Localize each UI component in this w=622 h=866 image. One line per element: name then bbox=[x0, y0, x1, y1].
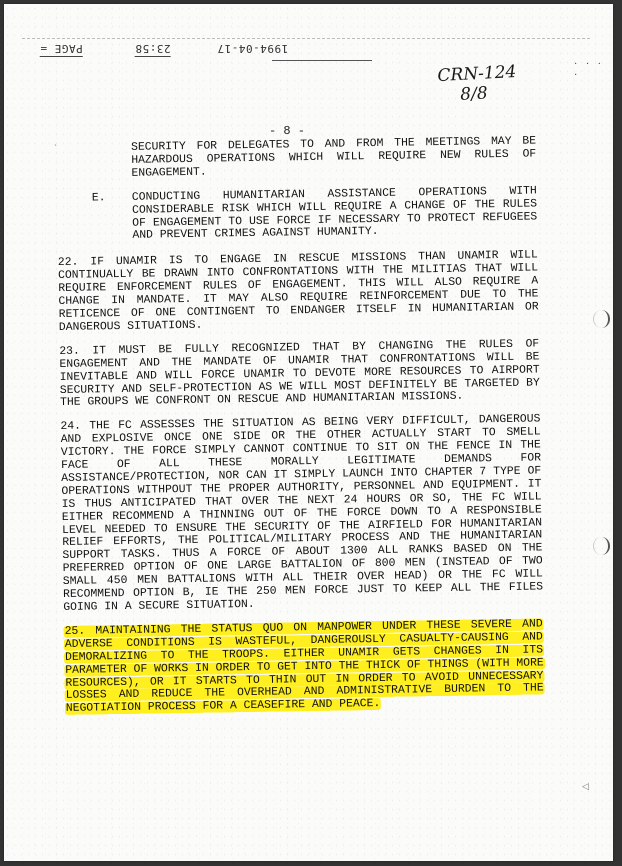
document-body: SECURITY FOR DELEGATES TO AND FROM THE M… bbox=[56, 135, 545, 727]
fax-date: 1994-04-17 bbox=[217, 42, 288, 55]
fax-page-label: PAGE = bbox=[40, 42, 83, 57]
document-viewer: PAGE = 23:58 1994-04-17 · · · · CRN-124 … bbox=[0, 0, 622, 866]
paragraph-23: 23. IT MUST BE FULLY RECOGNIZED THAT BY … bbox=[59, 338, 540, 410]
fax-date-underline bbox=[272, 60, 372, 61]
sub-item-label: E. bbox=[57, 192, 133, 245]
fax-header: PAGE = 23:58 1994-04-17 bbox=[22, 42, 602, 62]
handwritten-reference: CRN-124 8/8 bbox=[437, 62, 518, 106]
paragraph-24: 24. THE FC ASSESSES THE SITUATION AS BEI… bbox=[60, 414, 543, 615]
scan-specks: · · · · bbox=[574, 59, 613, 81]
document-page: PAGE = 23:58 1994-04-17 · · · · CRN-124 … bbox=[4, 4, 613, 861]
highlighted-text: 25. MAINTAINING THE STATUS QUO ON MANPOW… bbox=[64, 618, 545, 715]
sub-item-text: CONDUCTING HUMANITARIAN ASSISTANCE OPERA… bbox=[132, 185, 538, 243]
scan-mark: ˎ bbox=[54, 136, 57, 146]
sub-item-e: E. CONDUCTING HUMANITARIAN ASSISTANCE OP… bbox=[57, 185, 538, 244]
scan-mark: ◁ bbox=[582, 781, 589, 792]
paragraph-22: 22. IF UNAMIR IS TO ENGAGE IN RESCUE MIS… bbox=[58, 250, 539, 335]
paragraph-25-highlighted: 25. MAINTAINING THE STATUS QUO ON MANPOW… bbox=[64, 618, 545, 716]
paragraph-continuation: SECURITY FOR DELEGATES TO AND FROM THE M… bbox=[56, 135, 537, 181]
fax-header-rule bbox=[22, 38, 592, 39]
fax-time: 23:58 bbox=[135, 42, 171, 57]
punch-hole-mark bbox=[593, 537, 610, 555]
page-number: - 8 - bbox=[269, 124, 305, 138]
handwritten-ref-line1: CRN-124 bbox=[437, 62, 517, 86]
punch-hole-mark bbox=[593, 310, 610, 328]
